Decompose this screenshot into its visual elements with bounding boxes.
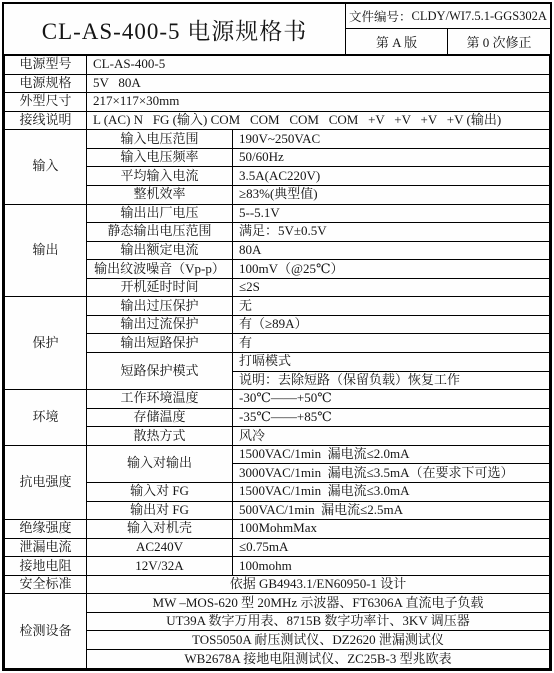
value-cell: 80A bbox=[233, 241, 550, 260]
info-value-cell: L (AC) N FG (输入) COM COM COM COM +V +V +… bbox=[87, 111, 550, 130]
parameter-cell: 输出额定电流 bbox=[87, 241, 233, 260]
table-row: 输出纹波噪音（Vp-p）100mV（@25℃） bbox=[5, 260, 550, 279]
value-cell: 3.5A(AC220V) bbox=[233, 167, 550, 186]
category-cell: 保护 bbox=[5, 297, 87, 390]
table-row: 输出输出出厂电压5--5.1V bbox=[5, 204, 550, 223]
parameter-cell: 存储温度 bbox=[87, 408, 233, 427]
parameter-cell: AC240V bbox=[87, 538, 233, 557]
value-cell: 有（≥89A） bbox=[233, 315, 550, 334]
table-row: 输入电压频率50/60Hz bbox=[5, 148, 550, 167]
spec-table-body: 电源型号CL-AS-400-5电源规格5V 80A外型尺寸217×117×30m… bbox=[5, 56, 550, 669]
table-row: 平均输入电流3.5A(AC220V) bbox=[5, 167, 550, 186]
table-row: 输出过流保护有（≥89A） bbox=[5, 315, 550, 334]
category-cell: 输出 bbox=[5, 204, 87, 297]
value-cell: 说明：去除短路（保留负载）恢复工作 bbox=[233, 371, 550, 390]
merged-value-cell: WB2678A 接地电阻测试仪、ZC25B-3 型兆欧表 bbox=[87, 650, 550, 669]
table-row: 抗电强度输入对输出1500VAC/1min 漏电流≤2.0mA bbox=[5, 445, 550, 464]
category-cell: 泄漏电流 bbox=[5, 538, 87, 557]
value-cell: 有 bbox=[233, 334, 550, 353]
parameter-cell: 输出出厂电压 bbox=[87, 204, 233, 223]
version-row: 第 A 版 第 0 次修正 bbox=[346, 29, 550, 54]
category-cell: 安全标准 bbox=[5, 575, 87, 594]
table-row: 存储温度-35℃——+85℃ bbox=[5, 408, 550, 427]
document-number-value: CLDY/WI7.5.1-GGS302A bbox=[412, 9, 547, 24]
table-row: 整机效率≥83%(典型值) bbox=[5, 185, 550, 204]
category-cell: 绝缘强度 bbox=[5, 520, 87, 539]
table-row: 静态输出电压范围满足：5V±0.5V bbox=[5, 223, 550, 242]
parameter-cell: 输入对 FG bbox=[87, 482, 233, 501]
parameter-cell: 输入电压频率 bbox=[87, 148, 233, 167]
parameter-cell: 开机延时时间 bbox=[87, 278, 233, 297]
value-cell: ≥83%(典型值) bbox=[233, 185, 550, 204]
parameter-cell: 输入对输出 bbox=[87, 445, 233, 482]
value-cell: 500VAC/1min 漏电流≤2.5mA bbox=[233, 501, 550, 520]
value-cell: 50/60Hz bbox=[233, 148, 550, 167]
info-value-cell: 5V 80A bbox=[87, 74, 550, 93]
value-cell: 打嗝模式 bbox=[233, 353, 550, 372]
table-row: 开机延时时间≤2S bbox=[5, 278, 550, 297]
table-row: TOS5050A 耐压测试仪、DZ2620 泄漏测试仪 bbox=[5, 631, 550, 650]
category-cell: 检测设备 bbox=[5, 594, 87, 669]
value-cell: 1500VAC/1min 漏电流≤3.0mA bbox=[233, 482, 550, 501]
table-row: 输出额定电流80A bbox=[5, 241, 550, 260]
value-cell: 100mohm bbox=[233, 557, 550, 576]
info-value-cell: CL-AS-400-5 bbox=[87, 56, 550, 75]
value-cell: 满足：5V±0.5V bbox=[233, 223, 550, 242]
parameter-cell: 平均输入电流 bbox=[87, 167, 233, 186]
document-number-label: 文件编号： bbox=[349, 7, 412, 25]
value-cell: 风冷 bbox=[233, 427, 550, 446]
table-row: UT39A 数字万用表、8715B 数字功率计、3KV 调压器 bbox=[5, 612, 550, 631]
value-cell: ≤2S bbox=[233, 278, 550, 297]
category-cell: 接地电阻 bbox=[5, 557, 87, 576]
parameter-cell: 输出过流保护 bbox=[87, 315, 233, 334]
value-cell: -35℃——+85℃ bbox=[233, 408, 550, 427]
table-row: 泄漏电流AC240V≤0.75mA bbox=[5, 538, 550, 557]
parameter-cell: 短路保护模式 bbox=[87, 353, 233, 390]
info-value-cell: 217×117×30mm bbox=[87, 93, 550, 112]
table-row: WB2678A 接地电阻测试仪、ZC25B-3 型兆欧表 bbox=[5, 650, 550, 669]
table-row: 短路保护模式打嗝模式 bbox=[5, 353, 550, 372]
parameter-cell: 工作环境温度 bbox=[87, 390, 233, 409]
table-row: 输入对 FG1500VAC/1min 漏电流≤3.0mA bbox=[5, 482, 550, 501]
table-row: 安全标准依据 GB4943.1/EN60950-1 设计 bbox=[5, 575, 550, 594]
merged-value-cell: MW –MOS-620 型 20MHz 示波器、FT6306A 直流电子负载 bbox=[87, 594, 550, 613]
parameter-cell: 输出纹波噪音（Vp-p） bbox=[87, 260, 233, 279]
table-row: 外型尺寸217×117×30mm bbox=[5, 93, 550, 112]
category-cell: 环境 bbox=[5, 390, 87, 446]
table-row: 散热方式风冷 bbox=[5, 427, 550, 446]
spec-table: 电源型号CL-AS-400-5电源规格5V 80A外型尺寸217×117×30m… bbox=[4, 55, 550, 669]
info-label-cell: 电源型号 bbox=[5, 56, 87, 75]
parameter-cell: 输入对机壳 bbox=[87, 520, 233, 539]
sheet-header: CL-AS-400-5 电源规格书 文件编号： CLDY/WI7.5.1-GGS… bbox=[4, 4, 550, 55]
header-right-block: 文件编号： CLDY/WI7.5.1-GGS302A 第 A 版 第 0 次修正 bbox=[346, 4, 550, 54]
value-cell: 无 bbox=[233, 297, 550, 316]
info-label-cell: 接线说明 bbox=[5, 111, 87, 130]
parameter-cell: 输出短路保护 bbox=[87, 334, 233, 353]
parameter-cell: 输出过压保护 bbox=[87, 297, 233, 316]
value-cell: 100mV（@25℃） bbox=[233, 260, 550, 279]
value-cell: 100MohmMax bbox=[233, 520, 550, 539]
version-cell: 第 A 版 bbox=[346, 29, 448, 54]
parameter-cell: 12V/32A bbox=[87, 557, 233, 576]
page-title: CL-AS-400-5 电源规格书 bbox=[4, 4, 346, 54]
category-cell: 抗电强度 bbox=[5, 445, 87, 519]
value-cell: 3000VAC/1min 漏电流≤3.5mA（在要求下可选） bbox=[233, 464, 550, 483]
value-cell: 5--5.1V bbox=[233, 204, 550, 223]
parameter-cell: 散热方式 bbox=[87, 427, 233, 446]
table-row: 接地电阻12V/32A100mohm bbox=[5, 557, 550, 576]
document-number-cell: 文件编号： CLDY/WI7.5.1-GGS302A bbox=[346, 4, 550, 29]
revision-cell: 第 0 次修正 bbox=[448, 29, 550, 54]
value-cell: ≤0.75mA bbox=[233, 538, 550, 557]
info-label-cell: 外型尺寸 bbox=[5, 93, 87, 112]
table-row: 绝缘强度输入对机壳100MohmMax bbox=[5, 520, 550, 539]
table-row: 接线说明L (AC) N FG (输入) COM COM COM COM +V … bbox=[5, 111, 550, 130]
table-row: 输出对 FG500VAC/1min 漏电流≤2.5mA bbox=[5, 501, 550, 520]
merged-value-cell: UT39A 数字万用表、8715B 数字功率计、3KV 调压器 bbox=[87, 612, 550, 631]
table-row: 保护输出过压保护无 bbox=[5, 297, 550, 316]
merged-value-cell: 依据 GB4943.1/EN60950-1 设计 bbox=[87, 575, 550, 594]
parameter-cell: 输出对 FG bbox=[87, 501, 233, 520]
value-cell: 1500VAC/1min 漏电流≤2.0mA bbox=[233, 445, 550, 464]
value-cell: -30℃——+50℃ bbox=[233, 390, 550, 409]
spec-sheet: CL-AS-400-5 电源规格书 文件编号： CLDY/WI7.5.1-GGS… bbox=[2, 2, 552, 671]
value-cell: 190V~250VAC bbox=[233, 130, 550, 149]
category-cell: 输入 bbox=[5, 130, 87, 204]
parameter-cell: 整机效率 bbox=[87, 185, 233, 204]
info-label-cell: 电源规格 bbox=[5, 74, 87, 93]
parameter-cell: 静态输出电压范围 bbox=[87, 223, 233, 242]
table-row: 环境工作环境温度-30℃——+50℃ bbox=[5, 390, 550, 409]
table-row: 输出短路保护有 bbox=[5, 334, 550, 353]
table-row: 电源规格5V 80A bbox=[5, 74, 550, 93]
merged-value-cell: TOS5050A 耐压测试仪、DZ2620 泄漏测试仪 bbox=[87, 631, 550, 650]
table-row: 检测设备MW –MOS-620 型 20MHz 示波器、FT6306A 直流电子… bbox=[5, 594, 550, 613]
table-row: 电源型号CL-AS-400-5 bbox=[5, 56, 550, 75]
table-row: 输入输入电压范围190V~250VAC bbox=[5, 130, 550, 149]
parameter-cell: 输入电压范围 bbox=[87, 130, 233, 149]
